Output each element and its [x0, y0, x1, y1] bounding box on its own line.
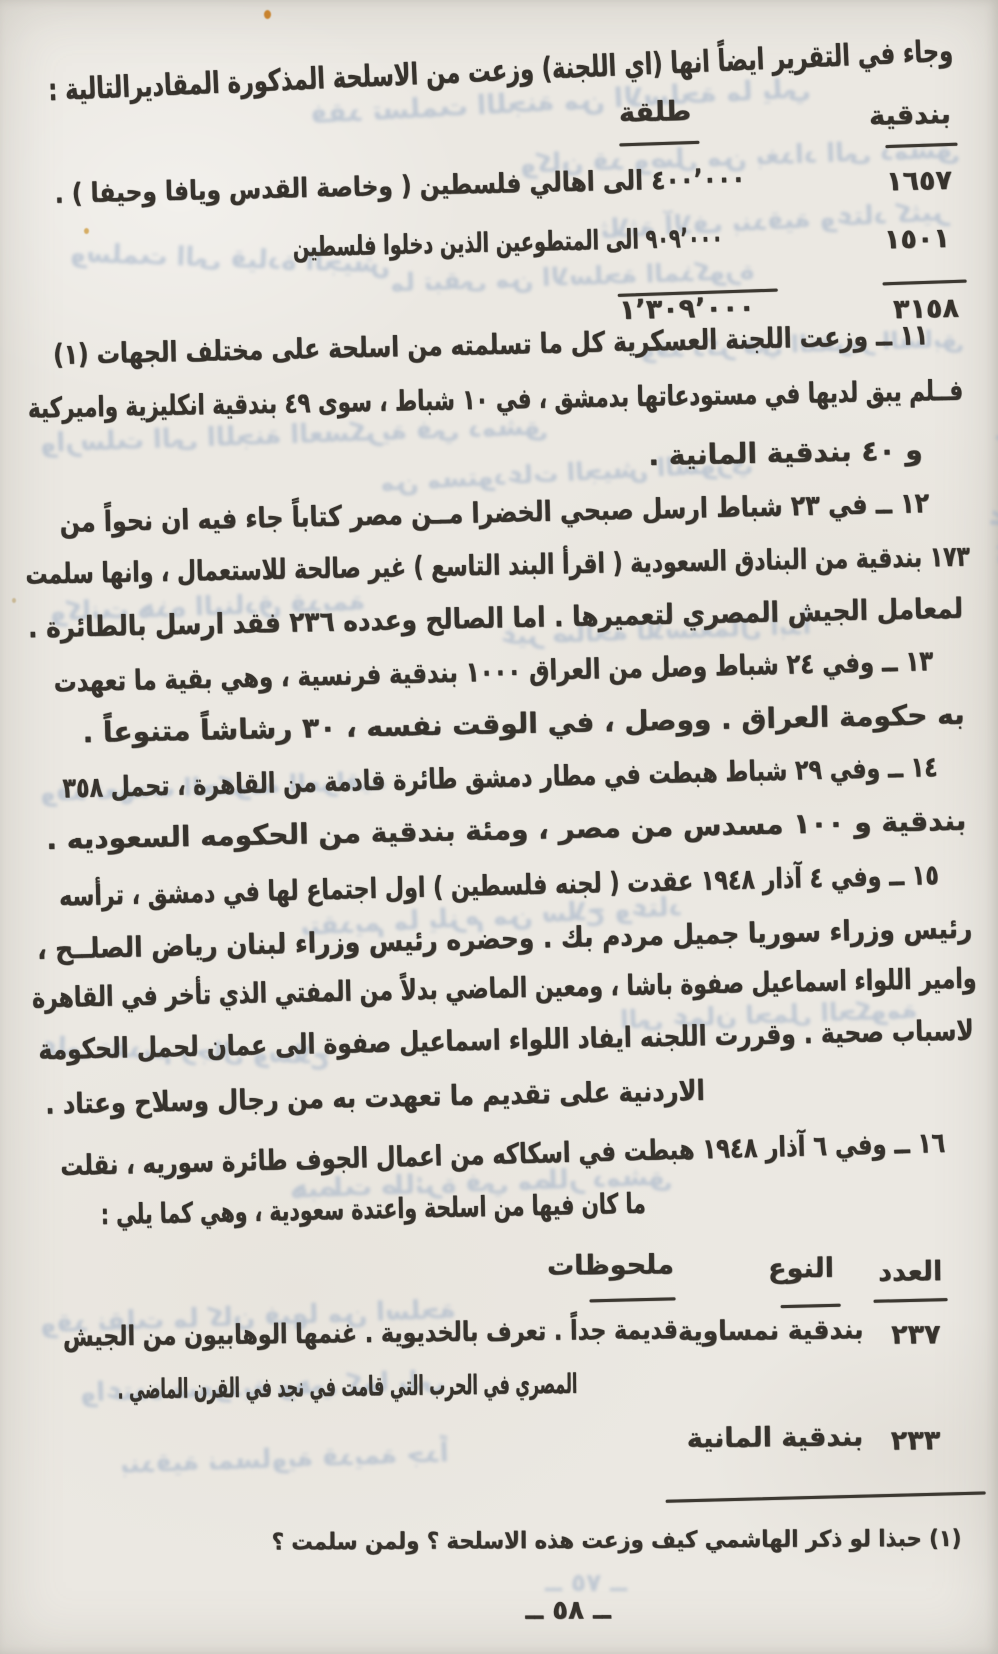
footnote-separator	[666, 1491, 986, 1502]
arms-table-rounds-underline	[619, 141, 699, 147]
para-16-line-2: ما كان فيها من اسلحة واعتدة سعودية ، وهي…	[101, 1188, 647, 1232]
para-12-line-2: ١٧٣ بندقية من البنادق السعودية ( اقرأ ال…	[25, 541, 970, 591]
intro-line: وجاء في التقرير ايضاً انها (اي اللجنة) و…	[48, 35, 954, 109]
arms-table-row1-rifles-count: ١٦٥٧	[886, 165, 953, 198]
arms-table-col-rifles: بندقية	[869, 99, 952, 132]
footnote-text: (١) حبذا لو ذكر الهاشمي كيف وزعت هذه الا…	[272, 1526, 962, 1556]
para-11-line-1: ١١ ــ وزعت اللجنة العسكرية كل ما تسلمته …	[53, 319, 929, 371]
arms-table-rifles-underline	[885, 143, 957, 148]
dist-table-row1-type: بندقية نمساوية	[678, 1314, 864, 1347]
para-13-line-2: به حكومة العراق . ووصل ، في الوقت نفسه ،…	[82, 699, 965, 750]
arms-table-row1-rounds-line: ٤٠٠٬٠٠٠ الى اهالي فلسطين ( وخاصة القدس و…	[54, 163, 745, 210]
para-15-line-5: الاردنية على تقديم ما تعهدت به من رجال و…	[44, 1075, 704, 1121]
dist-table-row2-type: بندقية المانية	[686, 1421, 863, 1454]
dist-table-row1-count: ٢٣٧	[891, 1319, 941, 1351]
dist-table-col-type: النوع	[768, 1253, 834, 1285]
para-15-line-3: وامير اللواء اسماعيل صفوة باشا ، ومعين ا…	[32, 963, 977, 1015]
para-16-line-1: ١٦ ــ وفي ٦ آذار ١٩٤٨ هبطت في اسكاكه من …	[60, 1127, 946, 1182]
dist-table-row1-notes-line-2: المصري في الحرب التي قامت في نجد في القر…	[117, 1369, 577, 1406]
para-14-line-2: بندقية و ١٠٠ مسدس من مصر ، ومئة بندقية م…	[46, 805, 967, 856]
para-11-line-3: و ٤٠ بندقية المانية .	[648, 434, 923, 472]
para-13-line-1: ١٣ ــ وفي ٢٤ شباط وصل من العراق ١٠٠٠ بند…	[54, 645, 934, 699]
dist-table-row1-notes-line-1: قديمة جداً . تعرف بالخديوية . غنمها الوه…	[63, 1314, 678, 1353]
arms-table-col-rounds: طلقة	[618, 96, 691, 129]
page-number: ــ ٥٨ ــ	[525, 1596, 611, 1626]
dist-table-row2-count: ٢٣٣	[890, 1425, 940, 1457]
page-content: وجاء في التقرير ايضاً انها (اي اللجنة) و…	[0, 0, 998, 1654]
arms-table-total-rifles-rule	[883, 280, 967, 286]
para-14-line-1: ١٤ ــ وفي ٢٩ شباط هبطت في مطار دمشق طائر…	[62, 751, 938, 805]
para-12-line-3: لمعامل الجيش المصري لتعميرها . اما الصال…	[27, 593, 963, 645]
arms-table-row2-rifles-count: ١٥٠١	[884, 223, 951, 256]
para-11-line-2: فــلم يبق لديها في مستودعاتها بدمشق ، في…	[28, 375, 964, 425]
dist-table-notes-underline	[590, 1297, 676, 1302]
arms-table-row2-rounds-line: ٩٠٩٬٠٠٠ الى المتطوعين الذين دخلوا فلسطين	[292, 222, 723, 263]
para-12-line-1: ١٢ ــ في ٢٣ شباط ارسل صبحي الخضرا مــن م…	[59, 487, 929, 539]
dist-table-type-underline	[781, 1304, 841, 1308]
scanned-book-page: فقد تسلمت اللجنة من الاسلحة ما يليوكان ق…	[0, 0, 998, 1654]
dist-table-count-underline	[874, 1298, 948, 1303]
dist-table-col-notes: ملحوظات	[547, 1249, 674, 1281]
para-15-line-1: ١٥ ــ وفي ٤ آذار ١٩٤٨ عقدت ( لجنه فلسطين…	[59, 859, 940, 913]
para-15-line-2: رئيس وزراء سوريا جميل مردم بك . وحضره رئ…	[36, 913, 972, 966]
para-15-line-4: لاسباب صحية . وقررت اللجنه ايفاد اللواء …	[38, 1015, 974, 1067]
dist-table-col-count: العدد	[878, 1256, 942, 1288]
arms-table-total-rounds: ١٬٣٠٩٬٠٠٠	[619, 292, 756, 326]
